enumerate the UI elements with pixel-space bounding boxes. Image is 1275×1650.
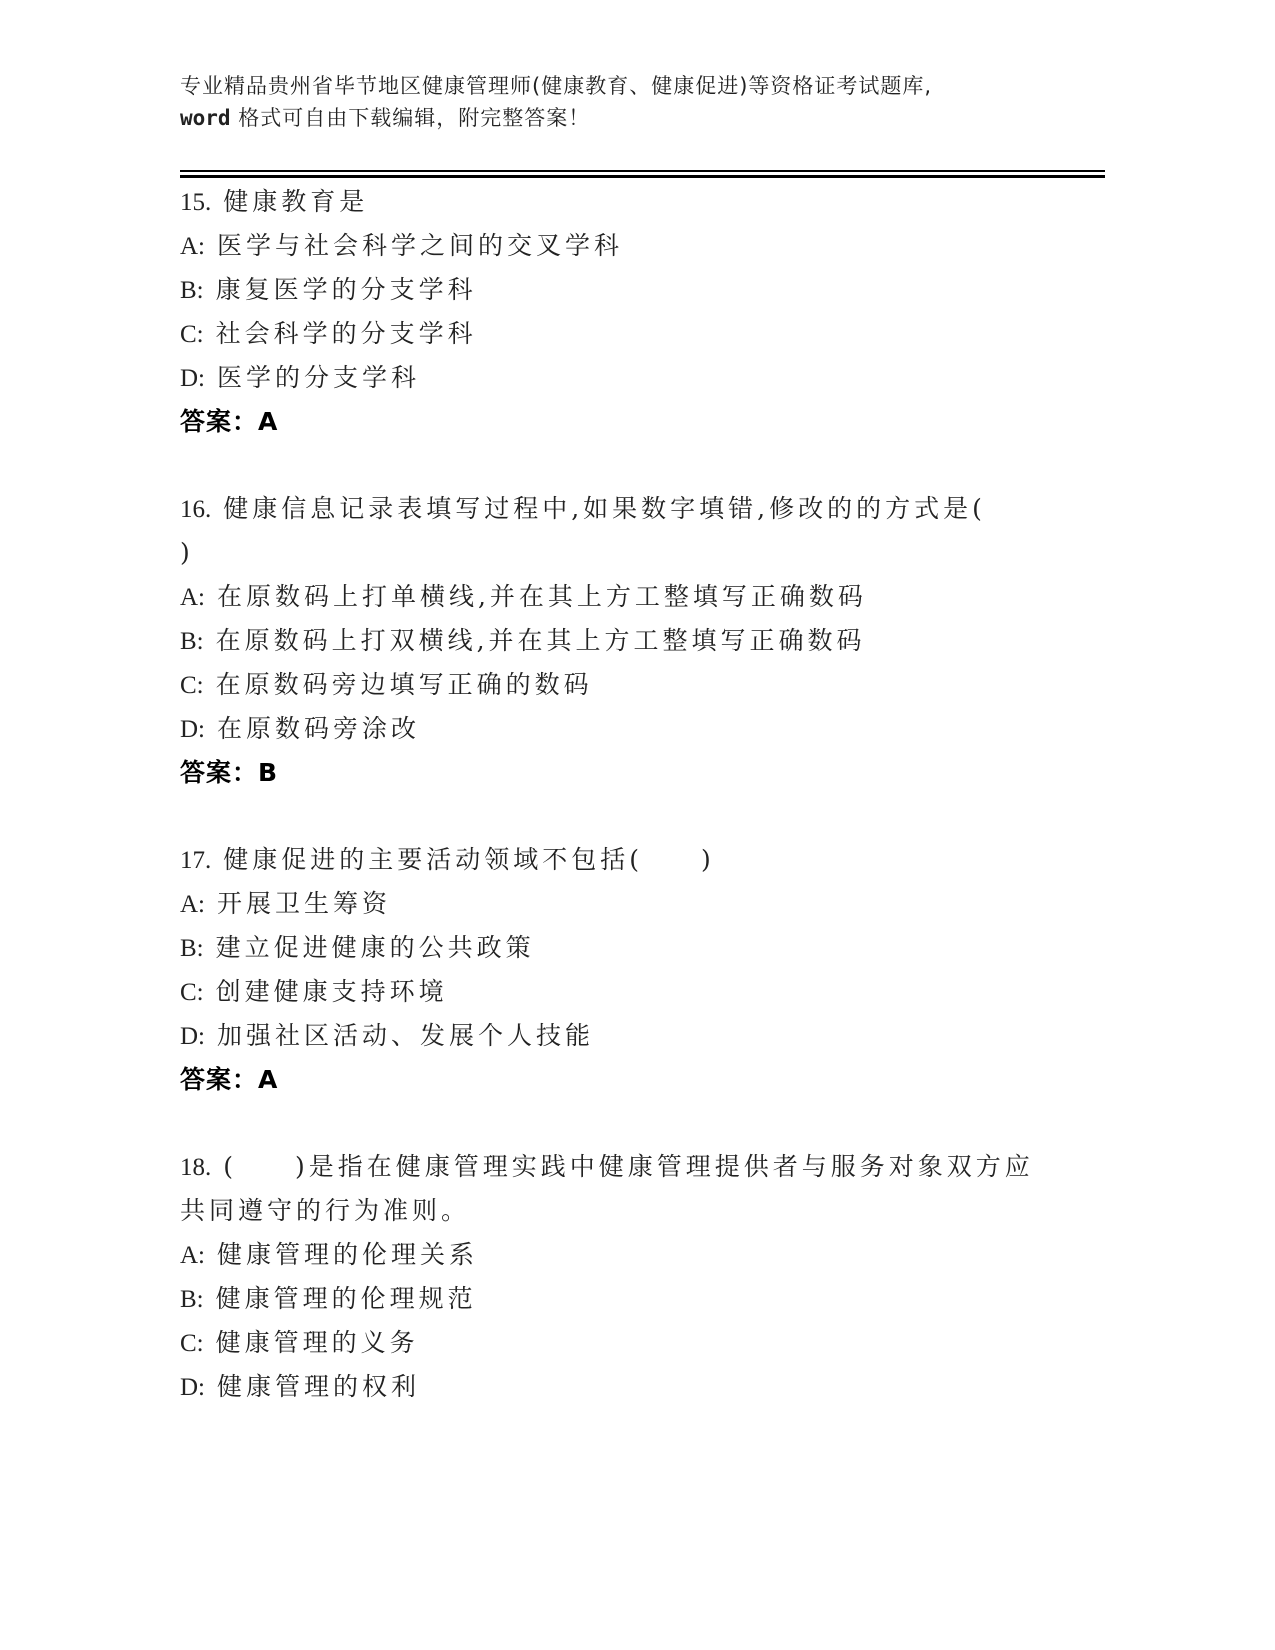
answer: 答案：A: [180, 400, 1080, 444]
option-a: A: 健康管理的伦理关系: [180, 1233, 1080, 1277]
option-a: A: 医学与社会科学之间的交叉学科: [180, 224, 1080, 268]
header-line-2: word 格式可自由下载编辑，附完整答案！: [180, 102, 1080, 134]
option-d: D: 医学的分支学科: [180, 356, 1080, 400]
question-stem-continued: ): [180, 531, 1080, 575]
option-b: B: 康复医学的分支学科: [180, 268, 1080, 312]
option-c: C: 社会科学的分支学科: [180, 312, 1080, 356]
option-c: C: 在原数码旁边填写正确的数码: [180, 663, 1080, 707]
option-c: C: 健康管理的义务: [180, 1321, 1080, 1365]
header-word-label: word: [180, 106, 231, 130]
option-b: B: 健康管理的伦理规范: [180, 1277, 1080, 1321]
option-d: D: 加强社区活动、发展个人技能: [180, 1014, 1080, 1058]
question-16: 16. 健康信息记录表填写过程中,如果数字填错,修改的的方式是( ) A: 在原…: [180, 487, 1080, 795]
question-15: 15. 健康教育是 A: 医学与社会科学之间的交叉学科 B: 康复医学的分支学科…: [180, 180, 1080, 444]
question-stem: 17. 健康促进的主要活动领域不包括( ): [180, 838, 1080, 882]
answer: 答案：B: [180, 751, 1080, 795]
document-header: 专业精品贵州省毕节地区健康管理师(健康教育、健康促进)等资格证考试题库, wor…: [180, 70, 1080, 134]
question-stem-continued: 共同遵守的行为准则。: [180, 1189, 1080, 1233]
option-a: A: 开展卫生筹资: [180, 882, 1080, 926]
question-18: 18. ( )是指在健康管理实践中健康管理提供者与服务对象双方应 共同遵守的行为…: [180, 1145, 1080, 1409]
option-a: A: 在原数码上打单横线,并在其上方工整填写正确数码: [180, 575, 1080, 619]
question-list: 15. 健康教育是 A: 医学与社会科学之间的交叉学科 B: 康复医学的分支学科…: [180, 180, 1080, 1409]
question-stem: 16. 健康信息记录表填写过程中,如果数字填错,修改的的方式是(: [180, 487, 1080, 531]
header-divider-top: [180, 170, 1105, 172]
option-b: B: 建立促进健康的公共政策: [180, 926, 1080, 970]
header-line-1: 专业精品贵州省毕节地区健康管理师(健康教育、健康促进)等资格证考试题库,: [180, 70, 1080, 102]
question-stem: 18. ( )是指在健康管理实践中健康管理提供者与服务对象双方应: [180, 1145, 1080, 1189]
option-c: C: 创建健康支持环境: [180, 970, 1080, 1014]
header-line-2-rest: 格式可自由下载编辑，附完整答案！: [231, 106, 591, 130]
header-divider-bottom: [180, 175, 1105, 178]
answer: 答案：A: [180, 1058, 1080, 1102]
question-17: 17. 健康促进的主要活动领域不包括( ) A: 开展卫生筹资 B: 建立促进健…: [180, 838, 1080, 1102]
option-d: D: 在原数码旁涂改: [180, 707, 1080, 751]
option-d: D: 健康管理的权利: [180, 1365, 1080, 1409]
question-stem: 15. 健康教育是: [180, 180, 1080, 224]
option-b: B: 在原数码上打双横线,并在其上方工整填写正确数码: [180, 619, 1080, 663]
